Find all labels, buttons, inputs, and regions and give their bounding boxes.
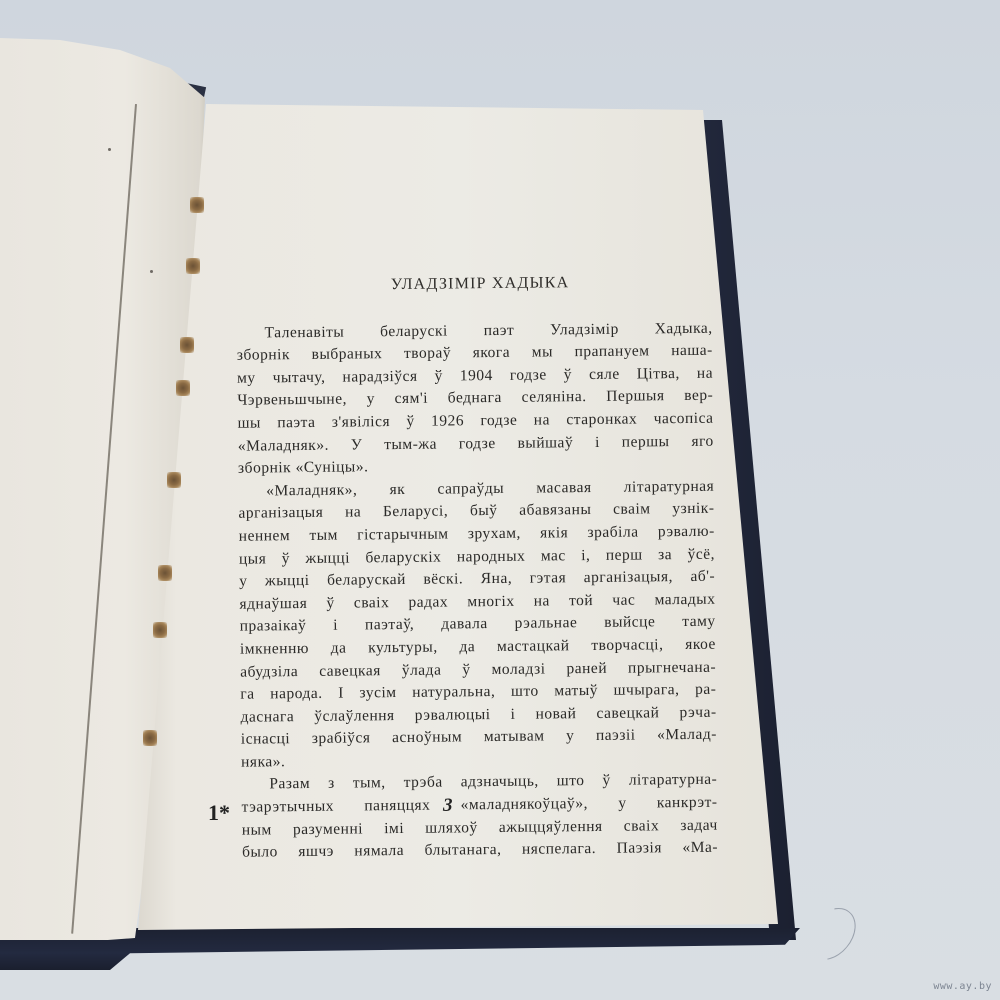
photo-scene: УЛАДЗІМІР ХАДЫКА Таленавіты беларускі па… — [0, 0, 1000, 1000]
signature-mark: 1* — [208, 800, 230, 826]
binding-stitch — [180, 337, 194, 353]
paragraph-2: «Маладняк», як сапраўды масавая літарату… — [210, 475, 717, 774]
binding-stitch — [167, 472, 181, 488]
binding-stitch — [186, 258, 200, 274]
page-number: 3 — [443, 795, 453, 817]
paragraph-1: Таленавіты беларускі паэт Уладзімір Хады… — [208, 317, 714, 480]
binding-stitch — [153, 622, 167, 638]
chapter-title: УЛАДЗІМІР ХАДЫКА — [248, 271, 712, 298]
paragraph-3: Разам з тым, трэба адзначыць, што ў літа… — [213, 769, 718, 865]
surface-scratch — [796, 898, 865, 969]
binding-stitch — [176, 380, 190, 396]
binding-stitch — [190, 197, 204, 213]
binding-stitch — [158, 565, 172, 581]
paper-speck — [150, 270, 153, 273]
page-text: УЛАДЗІМІР ХАДЫКА Таленавіты беларускі па… — [208, 271, 718, 865]
watermark: www.ay.by — [933, 981, 992, 992]
paper-speck — [108, 148, 111, 151]
binding-stitch — [143, 730, 157, 746]
